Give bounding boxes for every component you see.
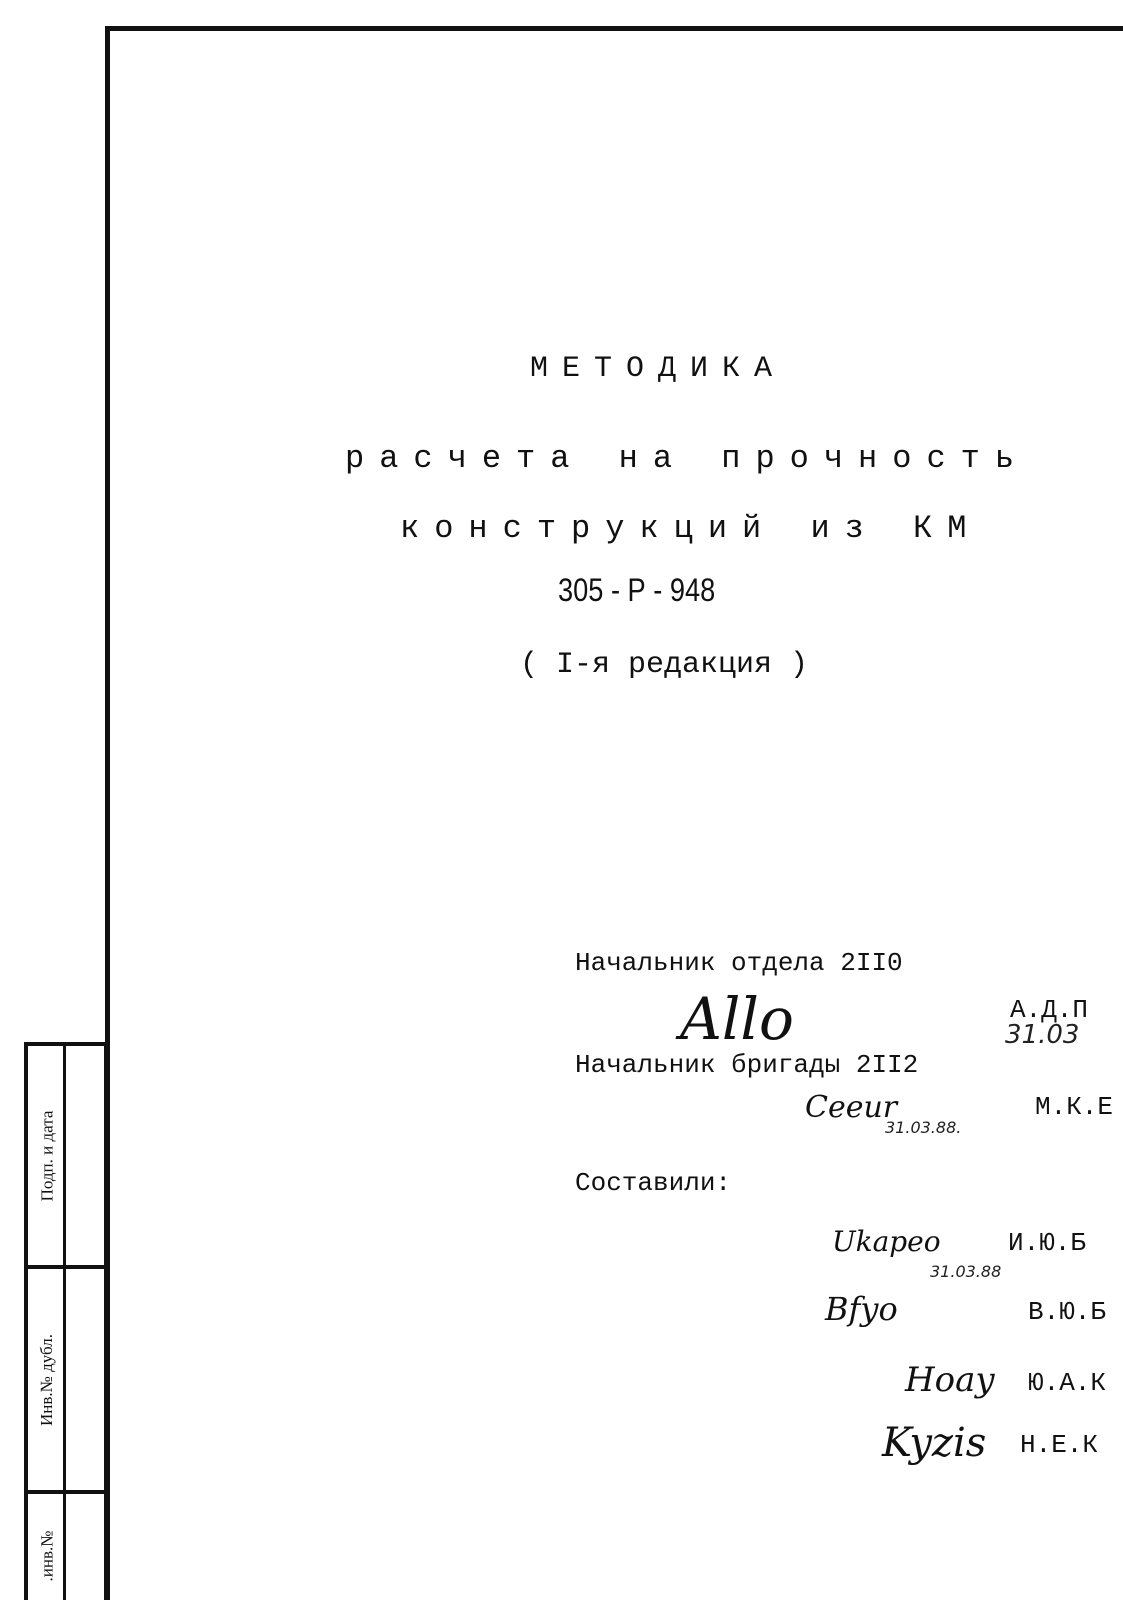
approval-name-brigade-head: М.К.Е — [1035, 1092, 1113, 1122]
document-subtitle-line2: конструкций из КМ — [400, 510, 981, 547]
compiler-date-1: 31.03.88 — [930, 1262, 1001, 1281]
document-subtitle-line1: расчета на прочность — [345, 440, 1029, 477]
margin-stamp-table: Подп. и дата Инв.№ дубл. .инв.№ — [24, 1042, 108, 1600]
document-title: МЕТОДИКА — [530, 352, 786, 386]
compiler-name-3: Ю.А.К — [1028, 1368, 1106, 1398]
signature-compiler-1: Ukapeo — [832, 1225, 941, 1258]
margin-label-sign-date: Подп. и дата — [31, 1046, 63, 1265]
signature-compiler-4: Kyzis — [882, 1420, 986, 1466]
approval-date-dept-head: 31.03 — [1005, 1020, 1079, 1050]
compiler-name-1: И.Ю.Б — [1008, 1228, 1086, 1258]
document-edition: ( I-я редакция ) — [520, 648, 808, 682]
compilers-label: Составили: — [575, 1168, 731, 1198]
margin-label-dup-inv-no: Инв.№ дубл. — [31, 1269, 63, 1490]
approval-date-brigade-head: 31.03.88. — [885, 1118, 961, 1137]
compiler-name-4: Н.Е.К — [1020, 1430, 1098, 1460]
margin-label-replacement-inv-no: .инв.№ — [31, 1494, 63, 1600]
compiler-name-2: В.Ю.Б — [1028, 1297, 1106, 1327]
approval-role-dept-head: Начальник отдела 2II0 — [575, 948, 903, 978]
approval-role-brigade-head: Начальник бригады 2II2 — [575, 1050, 918, 1080]
signature-brigade-head: Ceeur — [805, 1090, 897, 1125]
signature-compiler-3: Hoay — [905, 1360, 995, 1400]
margin-table-column-divider — [63, 1046, 66, 1600]
signature-compiler-2: Bfyo — [825, 1290, 898, 1328]
signature-dept-head: Allo — [680, 985, 794, 1053]
frame-border-top — [105, 26, 1123, 31]
document-code: 305 - Р - 948 — [558, 572, 715, 609]
